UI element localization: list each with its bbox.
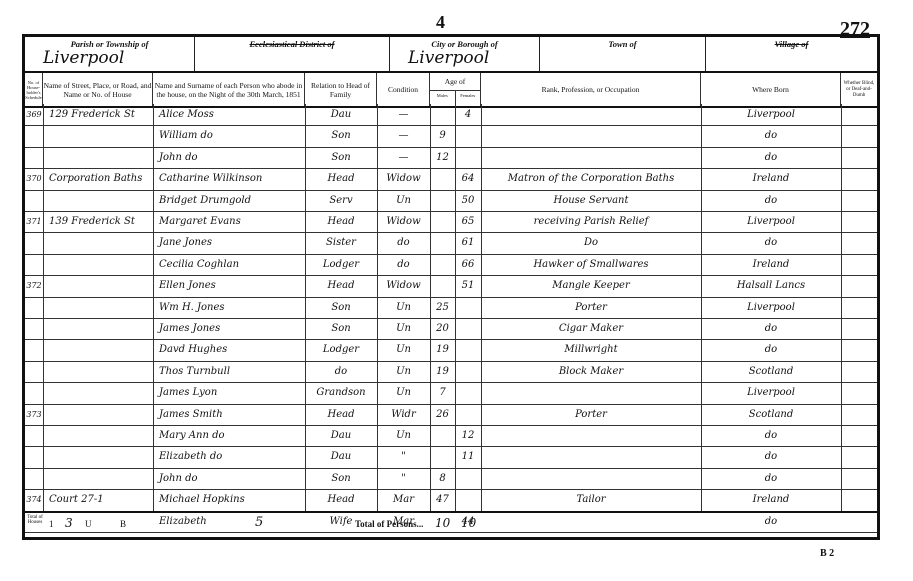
header-age: Age of Males Females [430, 73, 481, 106]
cell-relation: Sister [305, 232, 377, 253]
houses-building-label: B [120, 519, 126, 529]
name-count: 5 [255, 515, 263, 530]
cell-male [430, 232, 455, 253]
cell-schedule [25, 318, 43, 339]
cell-name: James Jones [153, 318, 305, 339]
cell-street [43, 404, 153, 425]
town-box: Town of [540, 37, 706, 71]
cell-relation: Dau [305, 104, 377, 125]
cell-born: do [701, 339, 841, 360]
cell-name: Ellen Jones [153, 275, 305, 296]
cell-street [43, 190, 153, 211]
table-row: Bridget DrumgoldServUn50House Servantdo [25, 190, 877, 212]
cell-street: 129 Frederick St [43, 104, 153, 125]
village-box: Village of [706, 37, 877, 71]
cell-relation: Lodger [305, 339, 377, 360]
cell-street [43, 425, 153, 446]
cell-relation: Son [305, 297, 377, 318]
cell-name: James Smith [153, 404, 305, 425]
town-label: Town of [540, 39, 705, 49]
cell-occupation: Hawker of Smallwares [481, 254, 701, 275]
cell-name: Michael Hopkins [153, 489, 305, 510]
cell-schedule [25, 147, 43, 168]
cell-relation: Son [305, 468, 377, 489]
cell-female [455, 382, 481, 403]
cell-schedule [25, 254, 43, 275]
cell-occupation [481, 104, 701, 125]
cell-schedule [25, 468, 43, 489]
cell-street [43, 147, 153, 168]
cell-born: Halsall Lancs [701, 275, 841, 296]
cell-schedule: 370 [25, 168, 43, 189]
cell-name: Davd Hughes [153, 339, 305, 360]
cell-condition: Un [377, 297, 430, 318]
cell-born: Ireland [701, 168, 841, 189]
cell-name: Alice Moss [153, 104, 305, 125]
cell-female [455, 318, 481, 339]
cell-relation: Head [305, 275, 377, 296]
cell-occupation: Matron of the Corporation Baths [481, 168, 701, 189]
header-age-of: Age of [430, 73, 480, 91]
cell-relation: Grandson [305, 382, 377, 403]
cell-street [43, 361, 153, 382]
cell-name: John do [153, 468, 305, 489]
cell-born: do [701, 147, 841, 168]
cell-born: Ireland [701, 489, 841, 510]
header-blind: Whether Blind, or Deaf-and-Dumb [841, 73, 877, 106]
table-row: William doSon—9do [25, 125, 877, 147]
cell-street [43, 446, 153, 467]
cell-name: Wm H. Jones [153, 297, 305, 318]
cell-street [43, 339, 153, 360]
table-row: Elizabeth doDau"11do [25, 446, 877, 468]
cell-condition: Widow [377, 168, 430, 189]
header-relation: Relation to Head of Family [305, 73, 377, 106]
cell-name: Jane Jones [153, 232, 305, 253]
cell-occupation [481, 468, 701, 489]
cell-condition: — [377, 147, 430, 168]
eccl-district-box: Ecclesiastical District of [195, 37, 390, 71]
cell-condition: do [377, 232, 430, 253]
cell-occupation [481, 425, 701, 446]
cell-born: do [701, 232, 841, 253]
cell-occupation: Tailor [481, 489, 701, 510]
cell-relation: Head [305, 211, 377, 232]
cell-schedule [25, 382, 43, 403]
cell-street [43, 254, 153, 275]
header-born: Where Born [701, 73, 841, 106]
cell-male [430, 104, 455, 125]
cell-name: Cecilia Coghlan [153, 254, 305, 275]
table-row: John doSon"8do [25, 468, 877, 490]
cell-male [430, 425, 455, 446]
houses-inhabited: 3 [65, 516, 73, 530]
cell-male: 19 [430, 339, 455, 360]
houses-prefix: 1 [49, 519, 54, 529]
cell-condition: do [377, 254, 430, 275]
cell-relation: Head [305, 168, 377, 189]
cell-relation: Lodger [305, 254, 377, 275]
sheet-mark: B 2 [820, 548, 834, 559]
cell-condition: Un [377, 190, 430, 211]
cell-name: Margaret Evans [153, 211, 305, 232]
cell-relation: Dau [305, 425, 377, 446]
cell-street [43, 382, 153, 403]
header-schedule: No. of House-holder's Schedule [25, 73, 43, 106]
cell-schedule [25, 297, 43, 318]
cell-condition: Un [377, 339, 430, 360]
header-name: Name and Surname of each Person who abod… [153, 73, 305, 106]
cell-male [430, 211, 455, 232]
cell-condition: Un [377, 361, 430, 382]
table-row: James LyonGrandsonUn7Liverpool [25, 382, 877, 404]
cell-male [430, 446, 455, 467]
cell-schedule [25, 232, 43, 253]
cell-female: 12 [455, 425, 481, 446]
header-condition: Condition [377, 73, 430, 106]
table-row: 374Court 27-1Michael HopkinsHeadMar47Tai… [25, 489, 877, 511]
table-row: Mary Ann doDauUn12do [25, 425, 877, 447]
cell-female [455, 339, 481, 360]
cell-born: Liverpool [701, 211, 841, 232]
cell-schedule: 374 [25, 489, 43, 510]
houses-label: Total of Houses [27, 515, 43, 525]
cell-condition: " [377, 446, 430, 467]
cell-name: William do [153, 125, 305, 146]
header-occupation: Rank, Profession, or Occupation [481, 73, 701, 106]
cell-male: 20 [430, 318, 455, 339]
cell-born: Liverpool [701, 104, 841, 125]
cell-name: Bridget Drumgold [153, 190, 305, 211]
cell-born: do [701, 318, 841, 339]
table-row: Davd HughesLodgerUn19Millwrightdo [25, 339, 877, 361]
cell-schedule [25, 446, 43, 467]
table-row: Cecilia CoghlanLodgerdo66Hawker of Small… [25, 254, 877, 276]
cell-relation: do [305, 361, 377, 382]
cell-born: do [701, 425, 841, 446]
cell-street: 139 Frederick St [43, 211, 153, 232]
cell-street [43, 275, 153, 296]
cell-occupation: Millwright [481, 339, 701, 360]
cell-relation: Head [305, 489, 377, 510]
header-street: Name of Street, Place, or Road, and Name… [43, 73, 153, 106]
cell-born: do [701, 446, 841, 467]
total-males: 10 [435, 516, 450, 530]
cell-name: Catharine Wilkinson [153, 168, 305, 189]
cell-female [455, 489, 481, 510]
cell-street [43, 297, 153, 318]
cell-female: 50 [455, 190, 481, 211]
cell-occupation: Porter [481, 297, 701, 318]
cell-female [455, 404, 481, 425]
cell-occupation [481, 125, 701, 146]
cell-female: 4 [455, 104, 481, 125]
cell-schedule: 369 [25, 104, 43, 125]
table-row: 370Corporation BathsCatharine WilkinsonH… [25, 168, 877, 190]
cell-relation: Serv [305, 190, 377, 211]
cell-name: Elizabeth do [153, 446, 305, 467]
cell-occupation: receiving Parish Relief [481, 211, 701, 232]
cell-male: 8 [430, 468, 455, 489]
cell-relation: Son [305, 318, 377, 339]
cell-schedule: 372 [25, 275, 43, 296]
column-headers: No. of House-holder's Schedule Name of S… [25, 71, 877, 108]
cell-female: 11 [455, 446, 481, 467]
cell-occupation: Block Maker [481, 361, 701, 382]
cell-female [455, 468, 481, 489]
total-females: 10 [461, 516, 476, 530]
cell-condition: Un [377, 382, 430, 403]
cell-name: Thos Turnbull [153, 361, 305, 382]
cell-born: do [701, 468, 841, 489]
cell-born: do [701, 190, 841, 211]
cell-male: 26 [430, 404, 455, 425]
cell-male: 47 [430, 489, 455, 510]
cell-relation: Son [305, 125, 377, 146]
cell-occupation: Cigar Maker [481, 318, 701, 339]
eccl-district-label: Ecclesiastical District of [195, 39, 389, 49]
cell-female [455, 297, 481, 318]
cell-street: Corporation Baths [43, 168, 153, 189]
parish-value: Liverpool [25, 48, 194, 68]
cell-born: Liverpool [701, 297, 841, 318]
cell-schedule [25, 190, 43, 211]
cell-relation: Dau [305, 446, 377, 467]
census-form: Parish or Township of Liverpool Ecclesia… [22, 34, 880, 540]
totals-footer: Total of Houses 1 3 U B 5 Total of Perso… [25, 511, 877, 537]
cell-male [430, 168, 455, 189]
cell-male: 9 [430, 125, 455, 146]
houses-uninhabited-label: U [85, 519, 92, 529]
table-row: 371139 Frederick StMargaret EvansHeadWid… [25, 211, 877, 233]
cell-occupation: Do [481, 232, 701, 253]
cell-street [43, 232, 153, 253]
cell-relation: Head [305, 404, 377, 425]
cell-condition: Un [377, 318, 430, 339]
cell-male: 19 [430, 361, 455, 382]
city-box: City or Borough of Liverpool [390, 37, 540, 71]
cell-condition: Widr [377, 404, 430, 425]
cell-male [430, 190, 455, 211]
cell-born: Scotland [701, 404, 841, 425]
cell-female: 61 [455, 232, 481, 253]
table-row: 372Ellen JonesHeadWidow51Mangle KeeperHa… [25, 275, 877, 297]
cell-name: James Lyon [153, 382, 305, 403]
cell-occupation [481, 147, 701, 168]
cell-condition: Widow [377, 211, 430, 232]
page-number: 4 [436, 12, 445, 33]
cell-schedule [25, 361, 43, 382]
cell-street [43, 468, 153, 489]
cell-born: Liverpool [701, 382, 841, 403]
table-row: 369129 Frederick StAlice MossDau—4Liverp… [25, 104, 877, 126]
cell-male [430, 254, 455, 275]
cell-street [43, 125, 153, 146]
cell-street: Court 27-1 [43, 489, 153, 510]
cell-occupation: Mangle Keeper [481, 275, 701, 296]
cell-schedule [25, 425, 43, 446]
table-row: Thos TurnbulldoUn19Block MakerScotland [25, 361, 877, 383]
cell-schedule: 373 [25, 404, 43, 425]
cell-female: 51 [455, 275, 481, 296]
cell-condition: Un [377, 425, 430, 446]
cell-female: 66 [455, 254, 481, 275]
cell-schedule: 371 [25, 211, 43, 232]
table-row: Wm H. JonesSonUn25PorterLiverpool [25, 297, 877, 319]
cell-condition: " [377, 468, 430, 489]
cell-male: 12 [430, 147, 455, 168]
cell-condition: — [377, 125, 430, 146]
cell-name: John do [153, 147, 305, 168]
cell-occupation [481, 382, 701, 403]
table-row: Jane JonesSisterdo61Dodo [25, 232, 877, 254]
village-label: Village of [706, 39, 877, 49]
cell-relation: Son [305, 147, 377, 168]
cell-condition: — [377, 104, 430, 125]
cell-schedule [25, 339, 43, 360]
cell-female [455, 147, 481, 168]
cell-female [455, 125, 481, 146]
cell-male [430, 275, 455, 296]
cell-condition: Widow [377, 275, 430, 296]
cell-schedule [25, 125, 43, 146]
table-row: 373James SmithHeadWidr26PorterScotland [25, 404, 877, 426]
cell-female [455, 361, 481, 382]
cell-male: 7 [430, 382, 455, 403]
parish-box: Parish or Township of Liverpool [25, 37, 195, 71]
cell-street [43, 318, 153, 339]
cell-condition: Mar [377, 489, 430, 510]
table-row: James JonesSonUn20Cigar Makerdo [25, 318, 877, 340]
persons-label: Total of Persons... [355, 519, 423, 529]
cell-male: 25 [430, 297, 455, 318]
cell-born: Ireland [701, 254, 841, 275]
cell-name: Mary Ann do [153, 425, 305, 446]
cell-occupation: House Servant [481, 190, 701, 211]
cell-born: do [701, 125, 841, 146]
city-value: Liverpool [390, 48, 539, 68]
cell-born: Scotland [701, 361, 841, 382]
cell-female: 64 [455, 168, 481, 189]
cell-occupation [481, 446, 701, 467]
table-row: John doSon—12do [25, 147, 877, 169]
cell-female: 65 [455, 211, 481, 232]
cell-occupation: Porter [481, 404, 701, 425]
